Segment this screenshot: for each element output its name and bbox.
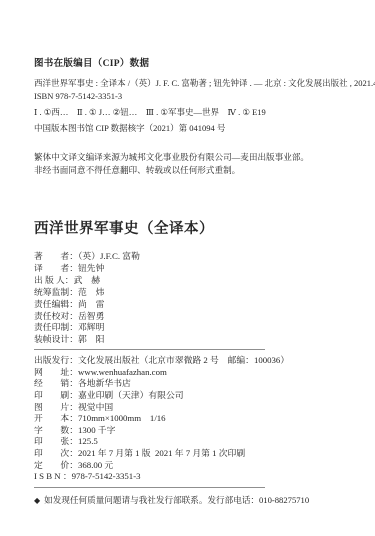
credit-label: 责任印制： xyxy=(34,322,78,332)
notice-line-2: 非经书面同意不得任意翻印、转载或以任何形式重制。 xyxy=(34,164,351,177)
diamond-bullet-icon: ◆ xyxy=(34,496,40,505)
publishing-label: 出版发行： xyxy=(34,355,78,365)
publishing-label: 印 张： xyxy=(34,436,78,446)
publishing-value: 2021 年 7 月第 1 版 2021 年 7 月第 1 次印刷 xyxy=(78,448,245,458)
copyright-page: 图书在版编目（CIP）数据 西洋世界军事史 : 全译本 /（英）J. F. C.… xyxy=(0,0,375,536)
publishing-value: 文化发展出版社（北京市翠微路 2 号 邮编：100036） xyxy=(78,355,289,365)
publishing-row-website: 网 址：www.wenhuafazhan.com xyxy=(34,367,351,379)
credit-label: 责任编辑： xyxy=(34,299,78,309)
publishing-value: 978-7-5142-3351-3 xyxy=(72,471,141,481)
notice-line-1: 繁体中文译文编译来源为城邦文化事业股份有限公司—麦田出版事业部。 xyxy=(34,151,351,164)
credit-value: 郭 阳 xyxy=(78,334,104,344)
credit-row-designer: 装帧设计：郭 阳 xyxy=(34,334,351,346)
credit-label: 统筹监制： xyxy=(34,287,78,297)
publishing-label: I S B N ： xyxy=(34,471,72,481)
credits-list: 著 者：（英）J.F.C. 富勒 译 者：钮先钟 出 版 人：武 赫 统筹监制：… xyxy=(34,251,351,346)
book-title: 西洋世界军事史（全译本） xyxy=(34,219,351,239)
credit-label: 出 版 人： xyxy=(34,275,74,285)
publishing-row-isbn: I S B N ：978-7-5142-3351-3 xyxy=(34,471,351,483)
credit-label: 责任校对： xyxy=(34,311,78,321)
publishing-row-price: 定 价：368.00 元 xyxy=(34,460,351,472)
credit-value: 武 赫 xyxy=(74,275,100,285)
credit-value: 范 炜 xyxy=(78,287,104,297)
publishing-value: 125.5 xyxy=(78,436,98,446)
publishing-value: 710mm×1000mm 1/16 xyxy=(78,413,166,423)
credit-row-author: 著 者：（英）J.F.C. 富勒 xyxy=(34,251,351,263)
publishing-value: 嘉业印刷（天津）有限公司 xyxy=(78,390,184,400)
publishing-value: 1300 千字 xyxy=(78,425,115,435)
publishing-label: 印 次： xyxy=(34,448,78,458)
publishing-value: www.wenhuafazhan.com xyxy=(78,367,167,377)
credit-label: 装帧设计： xyxy=(34,334,78,344)
cip-isbn: ISBN 978-7-5142-3351-3 xyxy=(34,90,351,103)
publishing-label: 图 片： xyxy=(34,402,78,412)
quality-contact-text: 如发现任何质量问题请与我社发行部联系。发行部电话：010-88275710 xyxy=(44,495,309,505)
publishing-row-publisher: 出版发行：文化发展出版社（北京市翠微路 2 号 邮编：100036） xyxy=(34,355,351,367)
credit-value: （英）J.F.C. 富勒 xyxy=(78,251,140,261)
publishing-label: 印 刷： xyxy=(34,390,78,400)
publishing-label: 经 销： xyxy=(34,378,78,388)
cip-data-heading: 图书在版编目（CIP）数据 xyxy=(34,58,351,71)
copyright-notice: 繁体中文译文编译来源为城邦文化事业股份有限公司—麦田出版事业部。 非经书面同意不… xyxy=(34,151,351,177)
publishing-label: 定 价： xyxy=(34,460,78,470)
cip-record-number: 中国版本图书馆 CIP 数据核字（2021）第 041094 号 xyxy=(34,122,351,135)
credit-value: 邓辉明 xyxy=(78,322,104,332)
credit-value: 钮先钟 xyxy=(78,263,104,273)
credit-row-translator: 译 者：钮先钟 xyxy=(34,263,351,275)
publishing-label: 字 数： xyxy=(34,425,78,435)
credit-row-publisher: 出 版 人：武 赫 xyxy=(34,275,351,287)
divider-rule-top xyxy=(34,349,265,350)
credit-row-print-supervisor: 责任印制：邓辉明 xyxy=(34,322,351,334)
publishing-row-images: 图 片：视觉中国 xyxy=(34,402,351,414)
publishing-row-word-count: 字 数：1300 千字 xyxy=(34,425,351,437)
divider-rule-bottom xyxy=(34,487,265,488)
cip-description: 西洋世界军事史 : 全译本 /（英）J. F. C. 富勒著 ; 钮先钟译 . … xyxy=(34,77,351,90)
publishing-value: 368.00 元 xyxy=(78,460,113,470)
publishing-row-printer: 印 刷：嘉业印刷（天津）有限公司 xyxy=(34,390,351,402)
publishing-list: 出版发行：文化发展出版社（北京市翠微路 2 号 邮编：100036） 网 址：w… xyxy=(34,355,351,483)
credit-row-proofreader: 责任校对：岳智勇 xyxy=(34,311,351,323)
cip-classification: Ⅰ . ①西… Ⅱ . ① J… ②钮… Ⅲ . ①军事史—世界 Ⅳ . ① E… xyxy=(34,106,351,119)
publishing-label: 网 址： xyxy=(34,367,78,377)
credit-row-supervisor: 统筹监制：范 炜 xyxy=(34,287,351,299)
credit-value: 岳智勇 xyxy=(78,311,104,321)
credit-label: 译 者： xyxy=(34,263,78,273)
publishing-row-distribution: 经 销：各地新华书店 xyxy=(34,378,351,390)
quality-contact-note: ◆如发现任何质量问题请与我社发行部联系。发行部电话：010-88275710 xyxy=(34,494,351,507)
credit-label: 著 者： xyxy=(34,251,78,261)
publishing-label: 开 本： xyxy=(34,413,78,423)
publishing-row-format: 开 本：710mm×1000mm 1/16 xyxy=(34,413,351,425)
publishing-row-sheets: 印 张：125.5 xyxy=(34,436,351,448)
credit-row-editor: 责任编辑：尚 雷 xyxy=(34,299,351,311)
credit-value: 尚 雷 xyxy=(78,299,104,309)
publishing-row-edition: 印 次：2021 年 7 月第 1 版 2021 年 7 月第 1 次印刷 xyxy=(34,448,351,460)
publishing-value: 视觉中国 xyxy=(78,402,113,412)
publishing-value: 各地新华书店 xyxy=(78,378,131,388)
